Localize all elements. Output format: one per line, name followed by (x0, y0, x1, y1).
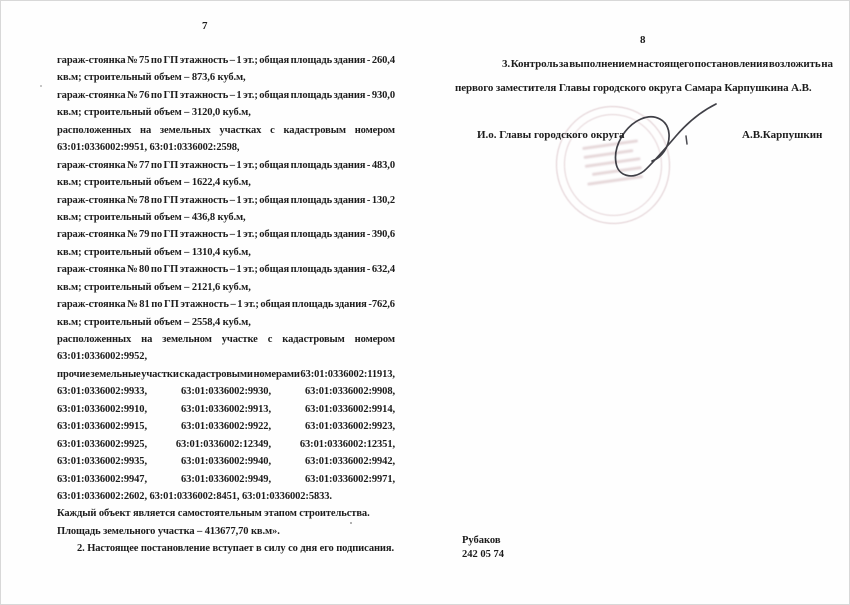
doc-line: кв.м; строительный объем – 3120,0 куб.м, (57, 104, 395, 121)
doc-line: прочиеземельныеучасткискадастровыминомер… (57, 366, 395, 383)
cadastral-numbers-row: 63:01:0336002:9925,63:01:0336002:12349,6… (57, 436, 395, 453)
doc-line: кв.м; строительный объем – 2558,4 куб.м, (57, 314, 395, 331)
doc-line: гараж-стоянка№77поГПэтажность–1эт.;общая… (57, 157, 395, 174)
signature-title: И.о. Главы городского округа (477, 129, 624, 141)
scan-speck (40, 85, 42, 87)
doc-line: Площадь земельного участка – 413677,70 к… (57, 523, 395, 540)
signature-name: А.В.Карпушкин (742, 129, 822, 141)
scan-speck (350, 522, 352, 524)
doc-line: гараж-стоянка№79поГПэтажность–1эт.;общая… (57, 226, 395, 243)
scanned-document-spread: 7 8 гараж-стоянка№75поГПэтажность–1эт.;о… (0, 0, 850, 605)
page-number-left: 7 (202, 20, 208, 32)
doc-line: кв.м; строительный объем – 436,8 куб.м, (57, 209, 395, 226)
doc-line: кв.м; строительный объем – 873,6 куб.м, (57, 69, 395, 86)
scan-speck (118, 95, 120, 97)
clause-3-line: 3.Контрользавыполнениемнастоящегопостано… (502, 52, 833, 76)
clause-2-line: 2. Настоящее постановление вступает в си… (57, 540, 395, 557)
cadastral-numbers-row: 63:01:0336002:9915,63:01:0336002:9922,63… (57, 418, 395, 435)
doc-line: кв.м; строительный объем – 2121,6 куб.м, (57, 279, 395, 296)
cadastral-numbers-row: 63:01:0336002:9935,63:01:0336002:9940,63… (57, 453, 395, 470)
cadastral-numbers-line: 63:01:0336002:9951, 63:01:0336002:2598, (57, 139, 395, 156)
doc-line: гараж-стоянка№81поГПэтажность–1эт.;общая… (57, 296, 395, 313)
left-page-text: гараж-стоянка№75поГПэтажность–1эт.;общая… (57, 52, 395, 558)
doc-line: расположенныхназемельныхучасткахскадастр… (57, 122, 395, 139)
cadastral-numbers-line: 63:01:0336002:9952, (57, 348, 395, 365)
doc-line: расположенныхназемельномучасткескадастро… (57, 331, 395, 348)
doc-line: кв.м; строительный объем – 1310,4 куб.м, (57, 244, 395, 261)
doc-line: Каждый объект является самостоятельным э… (57, 505, 395, 522)
doc-line: гараж-стоянка№80поГПэтажность–1эт.;общая… (57, 261, 395, 278)
cadastral-numbers-line: 63:01:0336002:2602, 63:01:0336002:8451, … (57, 488, 395, 505)
executor-phone: 242 05 74 (462, 548, 504, 562)
doc-line: гараж-стоянка№76поГПэтажность–1эт.;общая… (57, 87, 395, 104)
cadastral-numbers-row: 63:01:0336002:9947,63:01:0336002:9949,63… (57, 471, 395, 488)
doc-line: гараж-стоянка№78поГПэтажность–1эт.;общая… (57, 192, 395, 209)
doc-line: гараж-стоянка№75поГПэтажность–1эт.;общая… (57, 52, 395, 69)
executor-contact: Рубаков 242 05 74 (462, 534, 504, 562)
executor-name: Рубаков (462, 534, 504, 548)
cadastral-numbers-row: 63:01:0336002:9910,63:01:0336002:9913,63… (57, 401, 395, 418)
cadastral-numbers-row: 63:01:0336002:9933,63:01:0336002:9930,63… (57, 383, 395, 400)
page-number-right: 8 (640, 34, 646, 46)
doc-line: кв.м; строительный объем – 1622,4 куб.м, (57, 174, 395, 191)
